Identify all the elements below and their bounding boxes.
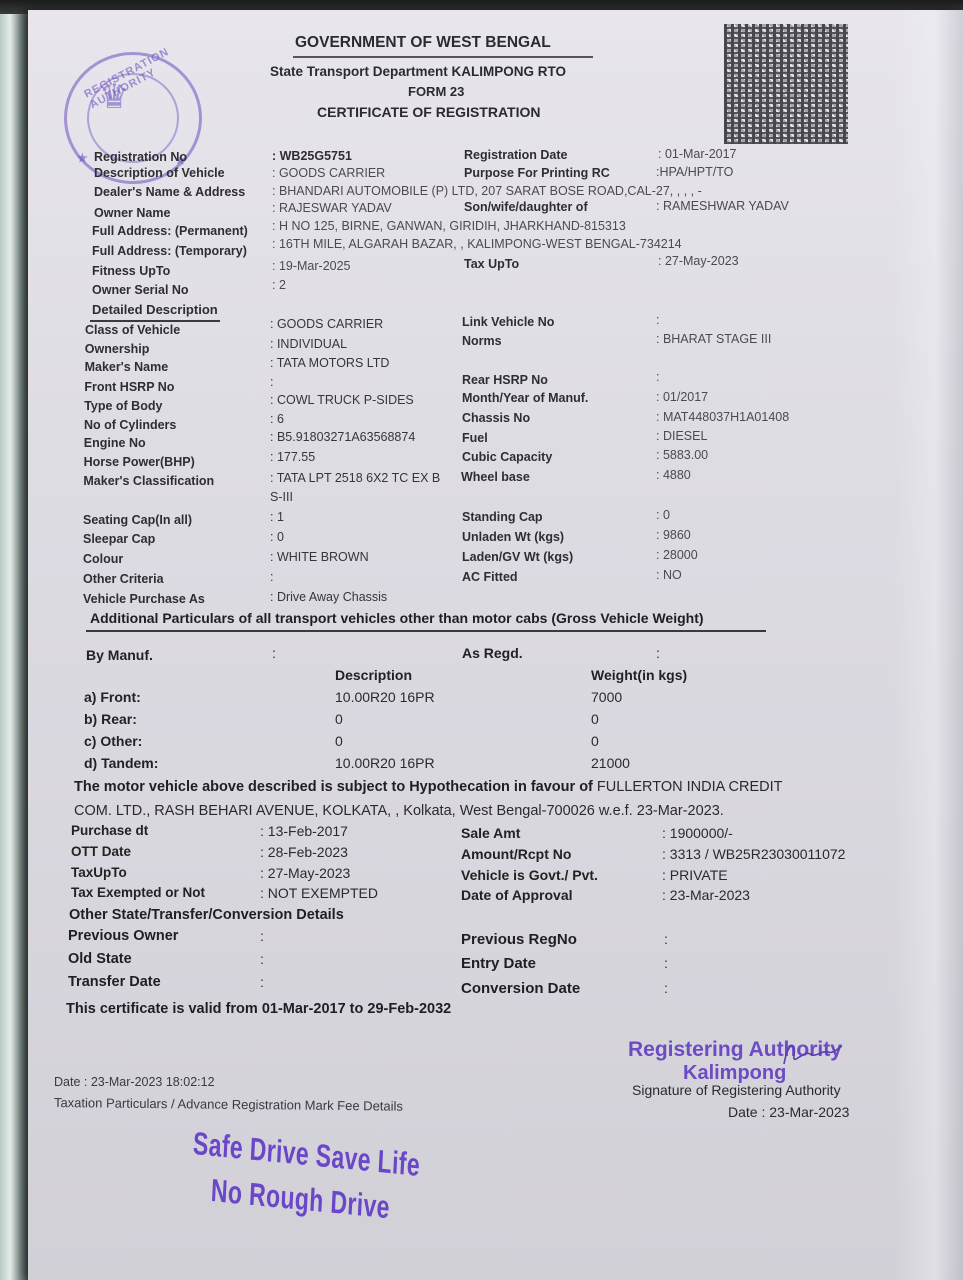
value-registration-no: : WB25G5751 [272,149,352,163]
value-owner-serial-no: : 2 [272,278,286,292]
detail-label: Colour [83,552,123,566]
purchase-label: Purchase dt [71,823,148,838]
value-dealer: : BHANDARI AUTOMOBILE (P) LTD, 207 SARAT… [272,184,702,198]
value-registration-date: : 01-Mar-2017 [658,147,737,161]
label-registration-date: Registration Date [464,148,568,162]
label-owner-name: Owner Name [94,206,170,220]
label-son-wife-daughter-of: Son/wife/daughter of [464,200,588,214]
certificate-title: CERTIFICATE OF REGISTRATION [317,104,540,120]
detail-value: : INDIVIDUAL [270,337,347,351]
value-by-manuf: : [272,645,276,661]
transfer-value: : [664,931,668,947]
detail-label: Month/Year of Manuf. [462,391,588,405]
purchase-value: : 1900000/- [662,825,733,841]
transfer-value: : [260,974,264,990]
transfer-value: : [664,980,668,996]
detail-value: : WHITE BROWN [270,550,369,564]
seal-star-icon: ★ [77,151,89,165]
axle-description: 0 [335,733,343,749]
purchase-label: Sale Amt [461,825,520,841]
detail-value: : 177.55 [270,450,315,464]
detailed-description-rule [90,320,220,322]
label-address-permanent: Full Address: (Permanent) [92,224,248,238]
detail-value: : TATA LPT 2518 6X2 TC EX B [270,471,440,485]
label-address-temporary: Full Address: (Temporary) [92,244,247,258]
transfer-heading: Other State/Transfer/Conversion Details [69,907,344,923]
label-tax-upto: Tax UpTo [464,257,519,271]
detail-label: Unladen Wt (kgs) [462,530,564,544]
label-purpose-printing-rc: Purpose For Printing RC [464,166,610,180]
hypothecation-line-1: The motor vehicle above described is sub… [74,779,783,795]
purchase-value: : 23-Mar-2023 [662,887,750,903]
hypothecation-financier: FULLERTON INDIA CREDIT [593,779,783,795]
detail-label: Chassis No [462,411,530,425]
detail-label: Vehicle Purchase As [83,592,205,606]
axle-label: b) Rear: [84,711,137,727]
label-owner-serial-no: Owner Serial No [92,283,189,297]
detail-value: : B5.91803271A63568874 [270,430,415,444]
slogan-no-rough-drive: No Rough Drive [210,1172,391,1226]
transfer-label: Conversion Date [461,980,580,997]
axle-description: 0 [335,711,343,727]
purchase-value: : PRIVATE [662,867,728,883]
detail-label: Class of Vehicle [85,323,180,337]
detail-value: : GOODS CARRIER [270,317,383,331]
detail-value: : 01/2017 [656,390,708,404]
axle-description: 10.00R20 16PR [335,755,435,771]
transfer-label: Old State [68,951,132,967]
value-as-regd: : [656,645,660,661]
value-fitness-upto: : 19-Mar-2025 [272,259,351,273]
header-rule [293,56,593,58]
transfer-label: Previous RegNo [461,931,577,948]
axle-weight: 0 [591,711,599,727]
label-registration-no: Registration No [94,150,187,164]
taxation-note: Taxation Particulars / Advance Registrat… [54,1095,403,1114]
additional-particulars-rule [86,630,766,632]
axle-description: 10.00R20 16PR [335,689,435,705]
detail-value: : TATA MOTORS LTD [270,356,389,370]
purchase-label: Tax Exempted or Not [71,885,205,900]
detail-value: : [270,570,273,584]
purchase-label: OTT Date [71,844,131,859]
signature-label: Signature of Registering Authority [632,1082,841,1098]
transfer-label: Previous Owner [68,928,178,944]
detailed-description-heading: Detailed Description [92,302,218,317]
additional-particulars-heading: Additional Particulars of all transport … [90,610,704,626]
qr-code [724,24,848,144]
detail-label: Laden/GV Wt (kgs) [462,550,573,564]
value-address-temporary: : 16TH MILE, ALGARAH BAZAR, , KALIMPONG-… [272,237,682,251]
detail-label: Sleepar Cap [83,532,155,546]
detail-label: Ownership [85,342,150,356]
detail-label: Cubic Capacity [462,450,552,464]
detail-value: : 0 [270,530,284,544]
detail-value: : BHARAT STAGE III [656,332,771,346]
purchase-label: TaxUpTo [71,865,127,880]
detail-value: : DIESEL [656,429,707,443]
validity-statement: This certificate is valid from 01-Mar-20… [66,1001,451,1017]
detail-value: : 4880 [656,468,691,482]
label-as-regd: As Regd. [462,645,523,661]
axle-label: d) Tandem: [84,755,158,771]
signature-date: Date : 23-Mar-2023 [728,1104,849,1120]
department-title: State Transport Department KALIMPONG RTO [270,64,566,79]
detail-label: Other Criteria [83,572,164,586]
detail-value: : COWL TRUCK P-SIDES [270,393,414,407]
column-header-weight: Weight(in kgs) [591,667,687,683]
value-address-permanent: : H NO 125, BIRNE, GANWAN, GIRIDIH, JHAR… [272,219,626,233]
detail-label: Norms [462,334,502,348]
detail-value: : Drive Away Chassis [270,590,387,604]
axle-weight: 21000 [591,755,630,771]
value-tax-upto: : 27-May-2023 [658,254,739,268]
column-header-description: Description [335,667,412,683]
value-purpose-printing-rc: :HPA/HPT/TO [656,165,733,179]
detail-value: : [656,313,659,327]
detail-label: Link Vehicle No [462,315,554,329]
detail-value: : [656,370,659,384]
detail-label: Horse Power(BHP) [84,455,195,469]
purchase-label: Amount/Rcpt No [461,846,571,862]
print-date: Date : 23-Mar-2023 18:02:12 [54,1075,215,1089]
detail-value: : 1 [270,510,284,524]
label-fitness-upto: Fitness UpTo [92,264,170,278]
value-son-wife-daughter-of: : RAMESHWAR YADAV [656,199,789,213]
value-description-of-vehicle: : GOODS CARRIER [272,166,385,180]
detail-label: Maker's Classification [83,474,214,488]
detail-label: Front HSRP No [84,380,174,394]
purchase-value: : 28-Feb-2023 [260,844,348,860]
detail-label: Type of Body [84,399,162,413]
transfer-label: Transfer Date [68,974,161,990]
government-title: GOVERNMENT OF WEST BENGAL [295,34,551,52]
detail-value: : MAT448037H1A01408 [656,410,789,424]
label-description-of-vehicle: Description of Vehicle [94,166,225,180]
detail-label: Maker's Name [85,360,169,374]
detail-value: S-III [270,490,293,504]
hypothecation-prefix: The motor vehicle above described is sub… [74,779,593,795]
detail-label: Rear HSRP No [462,373,548,387]
purchase-value: : NOT EXEMPTED [260,885,378,901]
detail-value: : 0 [656,508,670,522]
label-dealer: Dealer's Name & Address [94,185,245,199]
detail-value: : 6 [270,412,284,426]
axle-weight: 0 [591,733,599,749]
purchase-value: : 27-May-2023 [260,865,350,881]
detail-value: : 9860 [656,528,691,542]
detail-label: Wheel base [461,470,530,484]
transfer-value: : [260,951,264,967]
hypothecation-line-2: COM. LTD., RASH BEHARI AVENUE, KOLKATA, … [74,803,724,819]
detail-label: No of Cylinders [84,418,176,432]
transfer-value: : [260,928,264,944]
purchase-value: : 3313 / WB25R23030011072 [662,846,845,862]
detail-label: Engine No [84,436,146,450]
transfer-value: : [664,955,668,971]
detail-label: Fuel [462,431,488,445]
purchase-label: Date of Approval [461,887,573,903]
form-number: FORM 23 [408,84,464,99]
label-by-manuf: By Manuf. [86,647,153,663]
detail-label: AC Fitted [462,570,518,584]
detail-label: Seating Cap(In all) [83,513,192,527]
detail-value: : NO [656,568,682,582]
purchase-value: : 13-Feb-2017 [260,823,348,839]
detail-value: : [270,375,273,389]
axle-weight: 7000 [591,689,622,705]
registration-certificate: ♛ REGISTRATION AUTHORITY ★ ★ GOVERNMENT … [28,10,963,1280]
transfer-label: Entry Date [461,955,536,972]
registration-authority-seal: ♛ REGISTRATION AUTHORITY ★ ★ [64,52,202,184]
signature-scribble-icon [776,1036,846,1070]
axle-label: a) Front: [84,689,141,705]
detail-value: : 5883.00 [656,448,708,462]
detail-value: : 28000 [656,548,698,562]
axle-label: c) Other: [84,733,142,749]
purchase-label: Vehicle is Govt./ Pvt. [461,867,598,883]
value-owner-name: : RAJESWAR YADAV [272,201,392,215]
detail-label: Standing Cap [462,510,543,524]
